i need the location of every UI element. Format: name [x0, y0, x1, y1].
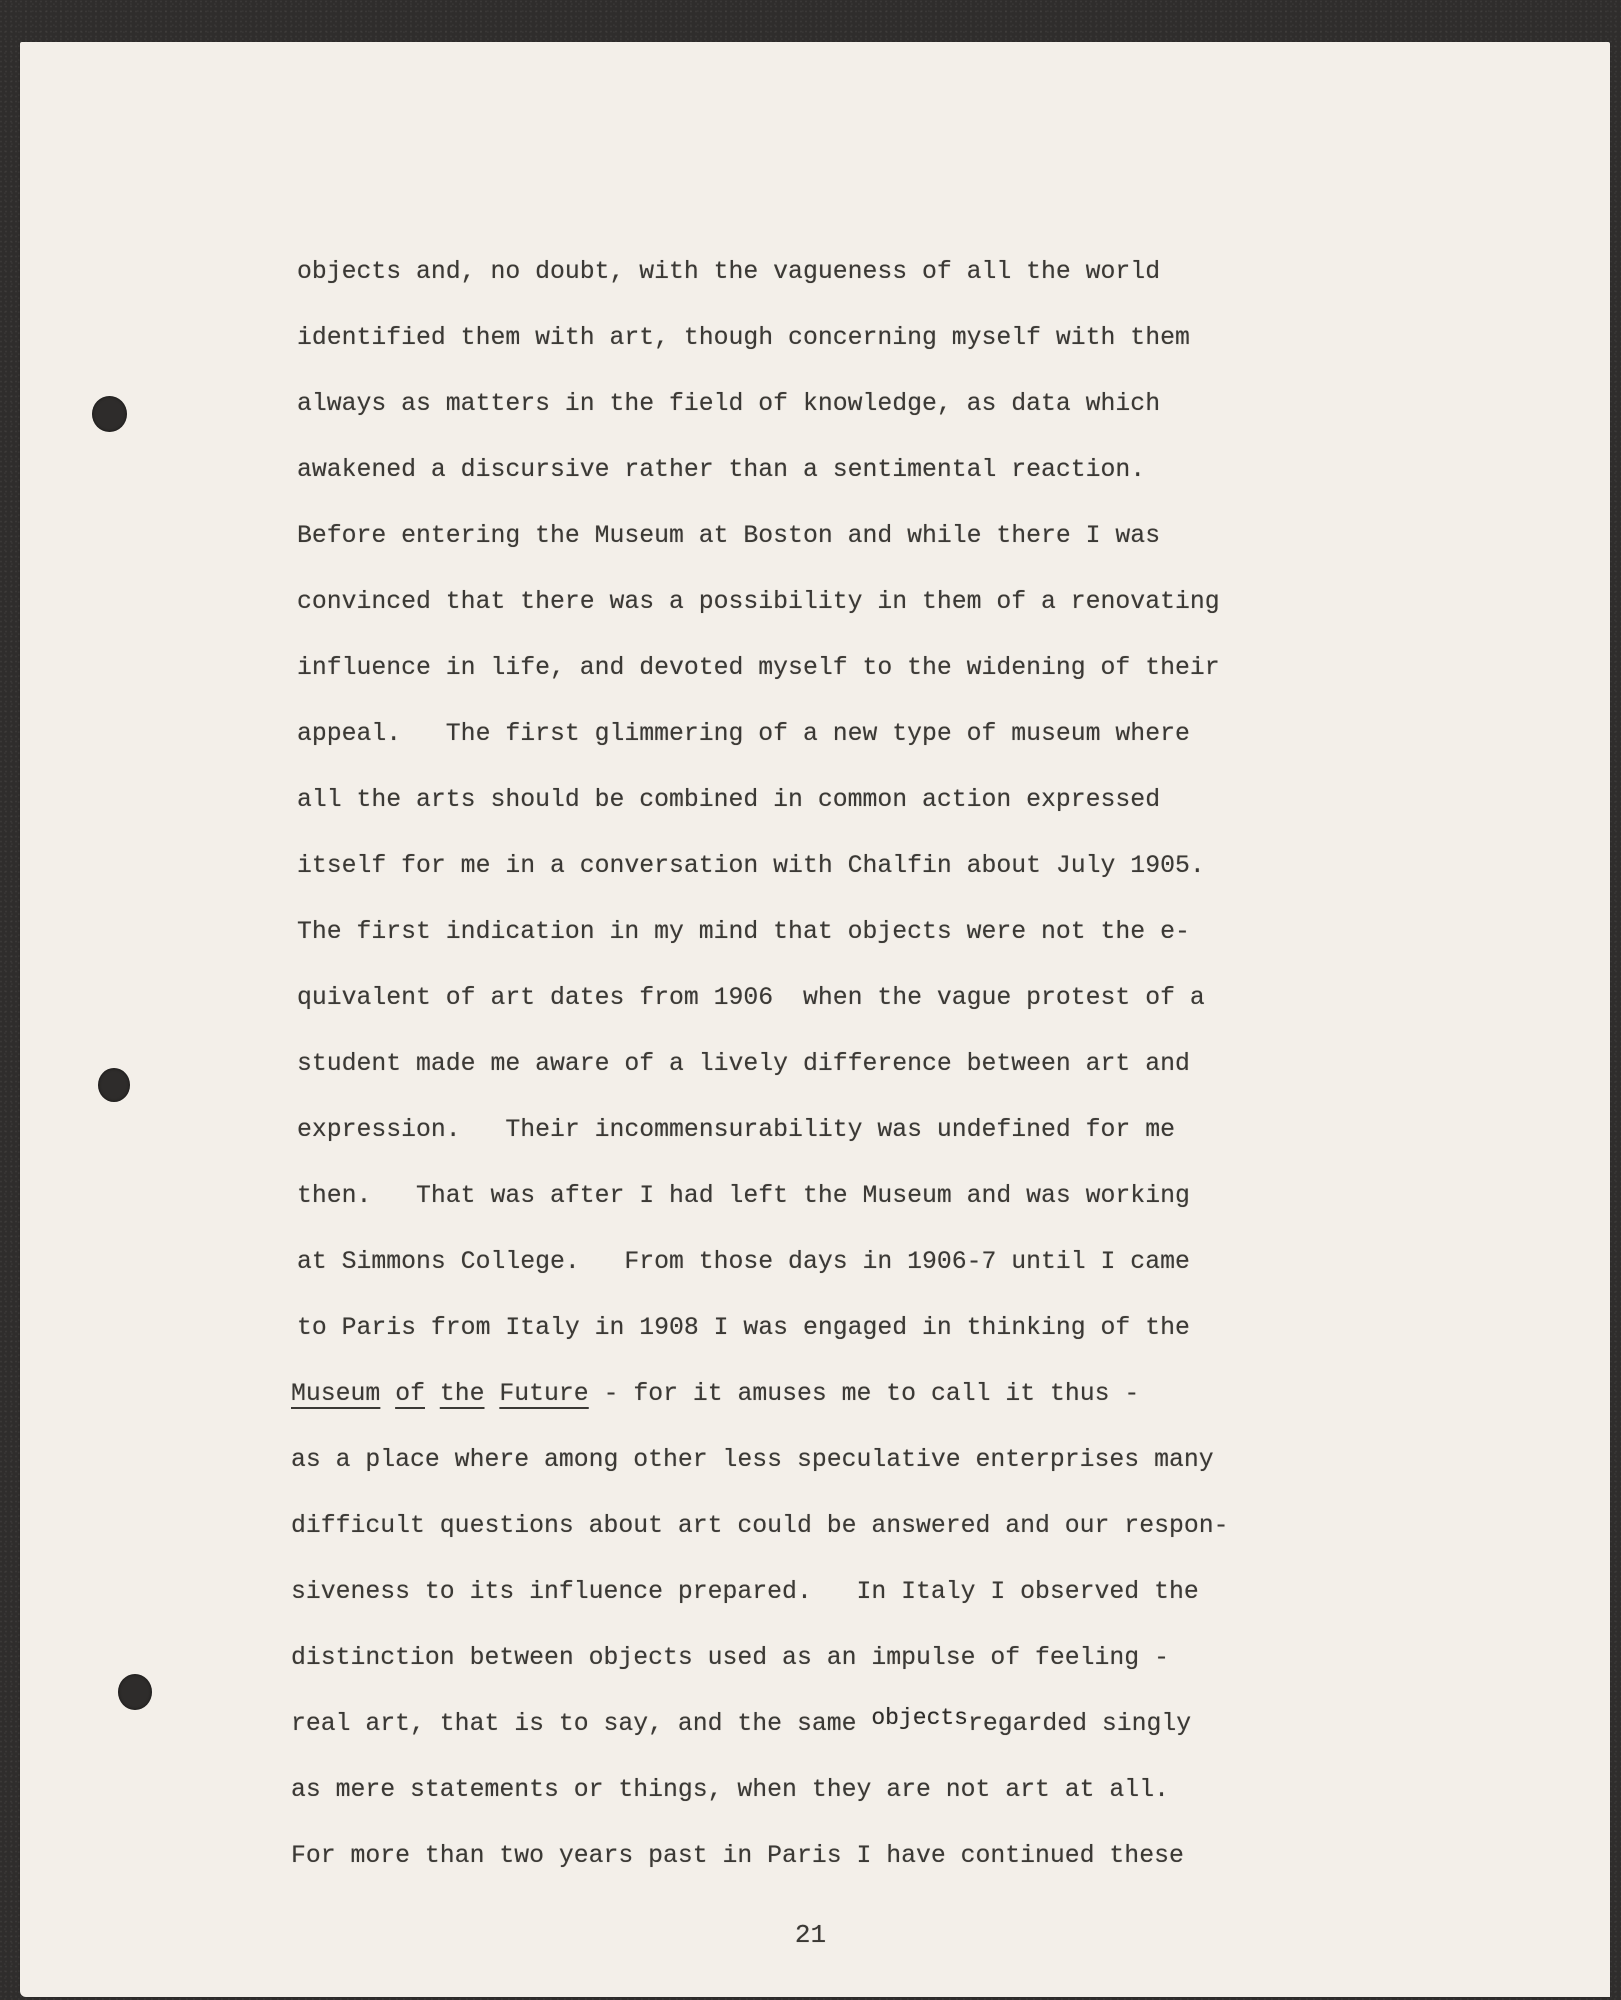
punch-hole-middle — [98, 1068, 130, 1102]
typed-correction: objects — [871, 1705, 968, 1731]
underlined-word: the — [440, 1380, 485, 1408]
text-line: awakened a discursive rather than a sent… — [297, 448, 1557, 514]
text-line: distinction between objects used as an i… — [291, 1636, 1557, 1702]
text-line: appeal. The first glimmering of a new ty… — [297, 712, 1557, 778]
text-line: all the arts should be combined in commo… — [297, 778, 1557, 844]
text-line-with-correction: real art, that is to say, and the same o… — [291, 1702, 1557, 1768]
text-line-underlined-title: Museum of the Future - for it amuses me … — [291, 1372, 1557, 1438]
text-line: For more than two years past in Paris I … — [291, 1834, 1557, 1900]
text-line: The first indication in my mind that obj… — [297, 910, 1557, 976]
text-line: quivalent of art dates from 1906 when th… — [297, 976, 1557, 1042]
text-line: as mere statements or things, when they … — [291, 1768, 1557, 1834]
underlined-word: Museum — [291, 1380, 380, 1408]
text-line: itself for me in a conversation with Cha… — [297, 844, 1557, 910]
text-line: identified them with art, though concern… — [297, 316, 1557, 382]
text-fragment: regarded singly — [968, 1710, 1191, 1738]
punch-hole-bottom — [118, 1674, 152, 1710]
text-line: at Simmons College. From those days in 1… — [297, 1240, 1557, 1306]
text-fragment: - for it amuses me to call it thus - — [589, 1380, 1140, 1408]
text-line: to Paris from Italy in 1908 I was engage… — [297, 1306, 1557, 1372]
punch-hole-top — [92, 396, 127, 432]
text-line: always as matters in the field of knowle… — [297, 382, 1557, 448]
text-line: siveness to its influence prepared. In I… — [291, 1570, 1557, 1636]
text-line: objects and, no doubt, with the vaguenes… — [297, 250, 1557, 316]
text-line: Before entering the Museum at Boston and… — [297, 514, 1557, 580]
text-line: as a place where among other less specul… — [291, 1438, 1557, 1504]
text-line: difficult questions about art could be a… — [291, 1504, 1557, 1570]
text-line: student made me aware of a lively differ… — [297, 1042, 1557, 1108]
underlined-word: of — [395, 1380, 425, 1408]
typed-text-body: objects and, no doubt, with the vaguenes… — [297, 250, 1557, 1900]
page-number: 21 — [0, 1920, 1621, 1950]
text-line: convinced that there was a possibility i… — [297, 580, 1557, 646]
underlined-word: Future — [499, 1380, 588, 1408]
text-line: expression. Their incommensurability was… — [297, 1108, 1557, 1174]
text-line: influence in life, and devoted myself to… — [297, 646, 1557, 712]
text-fragment: real art, that is to say, and the same — [291, 1710, 856, 1738]
text-line: then. That was after I had left the Muse… — [297, 1174, 1557, 1240]
